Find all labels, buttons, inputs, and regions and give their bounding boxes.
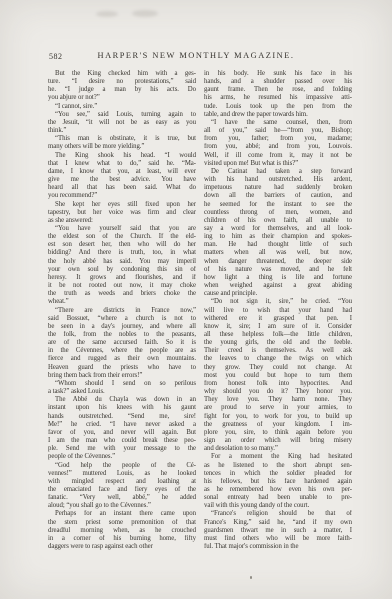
text-line: est son desert her, then who will do her [48, 241, 196, 249]
text-line: from honest folk into hypocrites. And [204, 380, 352, 388]
text-line: heard all that has been said. What do [48, 184, 196, 192]
text-line: with mingled respect and loathing at [48, 478, 196, 486]
text-line: De Catinat had taken a step forward [204, 168, 352, 176]
text-line: daggers were to rasp against each other [48, 543, 196, 551]
text-line: the Jesuit, “it will not be as easy as y… [48, 119, 196, 127]
text-line: children of his own faith, all unable to [204, 217, 352, 225]
text-line: as he listened to the short abrupt sen- [204, 462, 352, 470]
text-line: tapestry, but her voice was firm and cle… [48, 209, 196, 217]
text-line: France's King,” said he, “and if my own [204, 519, 352, 527]
text-line: “Whom should I send on so perilous [48, 380, 196, 388]
text-line: his arms, he resumed his impassive atti- [204, 94, 352, 102]
scan-artifact [96, 11, 118, 17]
text-line: people of the Cévennes.” [48, 453, 196, 461]
text-line: he. “I judge a man by his acts. Do [48, 86, 196, 94]
text-line: the truth as weeds and briers choke the [48, 290, 196, 298]
text-line: as he remembered how even his own per- [204, 486, 352, 494]
text-line: it be not rooted out now, it may choke [48, 282, 196, 290]
text-line: know it, sire; I am sure of it. Consider [204, 323, 352, 331]
text-line: fight for you, to work for you, to build… [204, 413, 352, 421]
text-line: your own soul by condoning this sin of [48, 266, 196, 274]
text-line: you recommend?” [48, 192, 196, 200]
text-line: cause and principle. [204, 290, 352, 298]
text-line: he seemed for the instant to see the [204, 201, 352, 209]
text-line: dreadful morning when, as he crouched [48, 527, 196, 535]
text-line: sonal entreaty had been unable to pre- [204, 494, 352, 502]
text-line: in his body. He sunk his face in his [204, 70, 352, 78]
text-line: the eldest son of the Church. If the eld… [48, 233, 196, 241]
text-line: “You see,” said Louis, turning again to [48, 111, 196, 119]
text-columns: But the King checked him with a ges-ture… [48, 70, 352, 565]
text-line: in the Cévennes, where the people are as [48, 347, 196, 355]
text-line: all these helpless folk—the little child… [204, 331, 352, 339]
text-line: the young girls, the old and the feeble. [204, 339, 352, 347]
text-line: bidding? And there is truth, too, in wha… [48, 249, 196, 257]
text-line: I am the man who could break these peo- [48, 437, 196, 445]
text-line: bring them back from their errors!” [48, 372, 196, 380]
text-line: withered ere it grasped that pen. I [204, 315, 352, 323]
text-line: For a moment the King had hesitated [204, 453, 352, 461]
text-line: gaunt frame. Then he rose, and folding [204, 86, 352, 94]
text-line: tude. Louis took up the pen from the [204, 103, 352, 111]
text-line: when weighed against a great abiding [204, 282, 352, 290]
text-line: Their creed is themselves. As well ask [204, 347, 352, 355]
text-line: impetuous nature had suddenly broken [204, 184, 352, 192]
text-line: aloud; “you shall go to the Cévennes.” [48, 502, 196, 510]
text-line: “I have the same counsel, then, from [204, 119, 352, 127]
text-line: must find others who will be more faith- [204, 535, 352, 543]
text-line: vennes!” muttered Louis, as he looked [48, 470, 196, 478]
text-line: Well, if ill come from it, may it not be [204, 152, 352, 160]
text-line: plore you, sire, to think again before y… [204, 429, 352, 437]
text-line: “There are districts in France now,” [48, 307, 196, 315]
magazine-page: HARPER'S NEW MONTHLY MAGAZINE. 582 But t… [0, 0, 392, 599]
text-line: the folk, from the nobles to the peasant… [48, 331, 196, 339]
text-line: “God help the people of the Cé- [48, 462, 196, 470]
text-line: the greatness of your kingdom. I im- [204, 421, 352, 429]
text-line: man. He had thought little of such [204, 241, 352, 249]
text-line: But the King checked him with a ges- [48, 70, 196, 78]
text-line: in a corner of his burning home, fifty [48, 535, 196, 543]
text-line: The King shook his head. “I would [48, 152, 196, 160]
text-line: Perhaps for an instant there came upon [48, 510, 196, 518]
text-line: ple. Send me with your message to the [48, 445, 196, 453]
text-line: visited upon me! But what is this?” [204, 160, 352, 168]
text-line: you abjure or not?” [48, 94, 196, 102]
text-line: ing to him as their champion and spokes- [204, 233, 352, 241]
text-line: they grow. They could not change. At [204, 364, 352, 372]
text-line: with his hand outstretched. His ardent, [204, 176, 352, 184]
text-line: down all the barriers of caution, and [204, 192, 352, 200]
left-column: But the King checked him with a ges-ture… [48, 70, 196, 565]
text-line: fierce and rugged as their own mountains… [48, 355, 196, 363]
text-line: vail with this young dandy of the court. [204, 502, 352, 510]
text-line: and desolation to so many.” [204, 445, 352, 453]
right-column: in his body. He sunk his face in hishand… [204, 70, 352, 565]
text-line: when danger threatened, the deeper side [204, 258, 352, 266]
text-line: a task?” asked Louis. [48, 388, 196, 396]
text-line: say a word for themselves, and all look- [204, 225, 352, 233]
text-line: instant upon his knees with his gaunt [48, 404, 196, 412]
text-line: hands, and a shudder passed over his [204, 78, 352, 86]
text-line: from you, father; from you, madame; [204, 135, 352, 143]
text-line: “This man is obstinate, it is true, but [48, 135, 196, 143]
text-line: of his nature was moved, and he felt [204, 266, 352, 274]
text-line: think.” [48, 127, 196, 135]
text-line: dame, I know that you, at least, will ev… [48, 168, 196, 176]
text-line: “You have yourself said that you are [48, 225, 196, 233]
text-line: They love you. They harm none. They [204, 396, 352, 404]
text-line: guardsmen thwart me in such a matter, I [204, 527, 352, 535]
text-line: the stern priest some premonition of tha… [48, 519, 196, 527]
text-line: are proud to serve in your armies, to [204, 404, 352, 412]
text-line: all of you,” said he—“from you, Bishop; [204, 127, 352, 135]
text-line: tences in which the soldier pleaded for [204, 470, 352, 478]
scan-artifact [132, 10, 158, 17]
text-line: “France's religion should be that of [204, 510, 352, 518]
text-line: the leaves to change the twigs on which [204, 355, 352, 363]
text-line: Heaven guard the priests who have to [48, 364, 196, 372]
text-line: his fellows, but his face hardened again [204, 478, 352, 486]
text-line: give me the best advice. You have [48, 176, 196, 184]
text-line: said Bossuet, “where a church is not to [48, 315, 196, 323]
text-line: matters when all was well, but now, [204, 249, 352, 257]
text-line: be seen in a day's journey, and where al… [48, 323, 196, 331]
page-number: 582 [49, 52, 63, 61]
text-line: The Abbé du Chayla was down in an [48, 396, 196, 404]
text-line: Me!” he cried. “I have never asked a [48, 421, 196, 429]
text-line: are of the same accursed faith. So it is [48, 339, 196, 347]
text-line: the emaciated face and fiery eyes of the [48, 486, 196, 494]
text-line: favor of you, and never will again. But [48, 429, 196, 437]
text-line: how light a thing is life and fortune [204, 274, 352, 282]
text-line: most you could but hope to turn them [204, 372, 352, 380]
text-line: many others will be more yielding.” [48, 143, 196, 151]
text-line: “I cannot, sire.” [48, 103, 196, 111]
text-line: ture. “I desire no protestations,” said [48, 78, 196, 86]
text-line: why should you do it? They honor you. [204, 388, 352, 396]
text-line: the holy abbé has said. You may imperil [48, 258, 196, 266]
text-line: hands outstretched. “Send me, sire! [48, 413, 196, 421]
text-line: She kept her eyes still fixed upon her [48, 201, 196, 209]
text-line: that I knew what to do,” said he. “Ma- [48, 160, 196, 168]
scan-artifact [250, 576, 252, 579]
text-line: ful. That major's commission in the [204, 543, 352, 551]
text-line: table, and drew the paper towards him. [204, 111, 352, 119]
text-line: sign an order which will bring misery [204, 437, 352, 445]
text-line: will live to wish that your hand had [204, 307, 352, 315]
text-line: heresy. It grows and flourishes, and if [48, 274, 196, 282]
text-line: fanatic. “Very well, abbé,” he added [48, 494, 196, 502]
text-line: as she answered: [48, 217, 196, 225]
text-line: countless throng of men, women, and [204, 209, 352, 217]
text-line: “Do not sign it, sire,” he cried. “You [204, 298, 352, 306]
text-line: wheat.” [48, 298, 196, 306]
text-line: from you, abbé; and from you, Louvois. [204, 143, 352, 151]
